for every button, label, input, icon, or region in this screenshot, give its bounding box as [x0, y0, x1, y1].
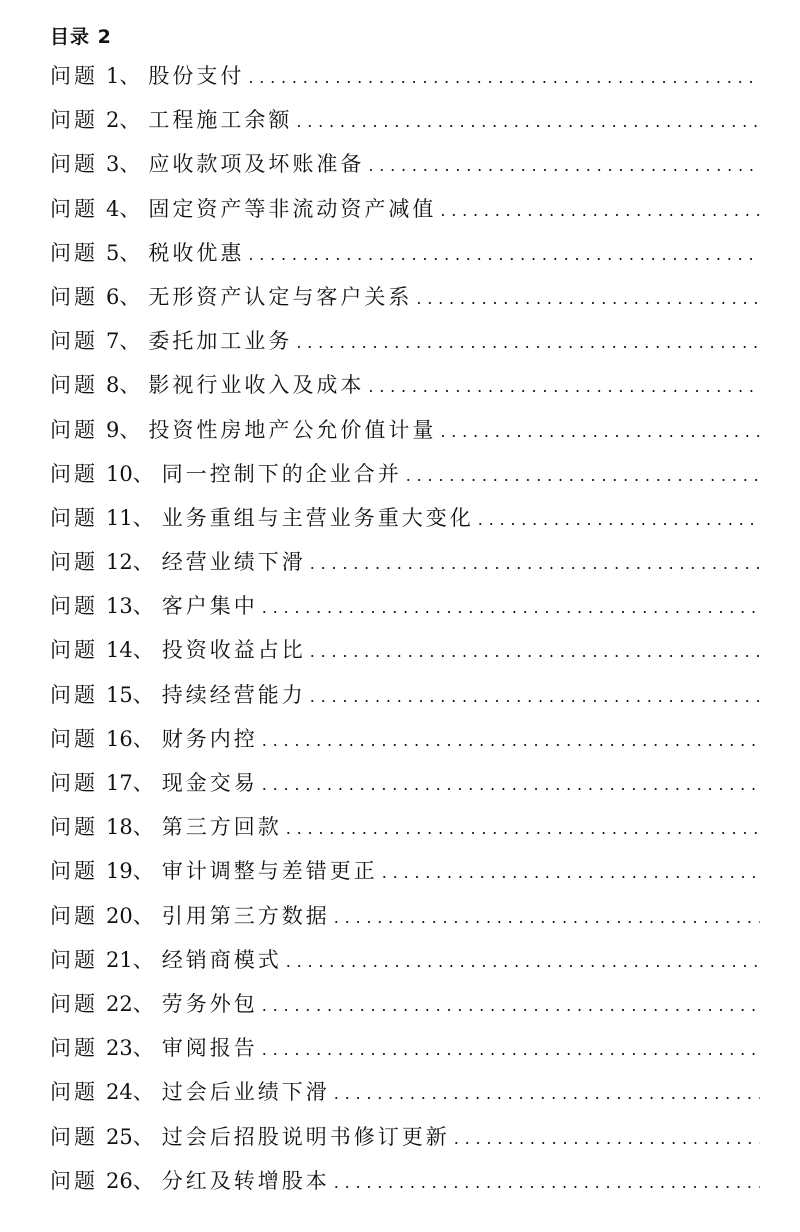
entry-number: 7	[106, 329, 119, 353]
dot-leader	[454, 1129, 760, 1148]
toc-entry[interactable]: 问题16、财务内控	[50, 723, 760, 767]
toc-entry[interactable]: 问题22、劳务外包	[50, 988, 760, 1032]
entry-title: 无形资产认定与客户关系	[148, 285, 412, 309]
entry-title: 第三方回款	[162, 815, 282, 839]
toc-entry[interactable]: 问题18、第三方回款	[50, 811, 760, 855]
dot-leader	[296, 333, 760, 352]
entry-number: 19	[106, 859, 133, 883]
toc-entry[interactable]: 问题5、税收优惠	[50, 237, 760, 281]
dot-leader	[310, 687, 760, 706]
entry-title: 分红及转增股本	[162, 1169, 330, 1193]
dot-leader	[262, 731, 760, 750]
entry-separator: 、	[119, 152, 140, 176]
toc-entry[interactable]: 问题20、引用第三方数据	[50, 900, 760, 944]
entry-prefix: 问题	[50, 418, 98, 442]
entry-prefix: 问题	[50, 771, 98, 795]
entry-prefix: 问题	[50, 462, 98, 486]
dot-leader	[262, 598, 760, 617]
entry-separator: 、	[119, 418, 140, 442]
entry-title: 引用第三方数据	[162, 904, 330, 928]
entry-number: 9	[106, 418, 119, 442]
entry-title: 经营业绩下滑	[162, 550, 306, 574]
toc-entry[interactable]: 问题13、客户集中	[50, 590, 760, 634]
entry-prefix: 问题	[50, 1080, 98, 1104]
entry-title: 影视行业收入及成本	[148, 373, 364, 397]
dot-leader	[368, 377, 760, 396]
entry-prefix: 问题	[50, 197, 98, 221]
entry-separator: 、	[133, 683, 154, 707]
entry-number: 6	[106, 285, 119, 309]
toc-entry[interactable]: 问题8、影视行业收入及成本	[50, 369, 760, 413]
entry-prefix: 问题	[50, 859, 98, 883]
entry-prefix: 问题	[50, 727, 98, 751]
entry-title: 业务重组与主营业务重大变化	[162, 506, 474, 530]
entry-prefix: 问题	[50, 329, 98, 353]
dot-leader	[334, 908, 760, 927]
entry-separator: 、	[133, 506, 154, 530]
entry-title: 过会后招股说明书修订更新	[162, 1125, 450, 1149]
entry-number: 15	[106, 683, 133, 707]
entry-separator: 、	[133, 815, 154, 839]
entry-prefix: 问题	[50, 1125, 98, 1149]
entry-title: 过会后业绩下滑	[162, 1080, 330, 1104]
toc-entry[interactable]: 问题23、审阅报告	[50, 1032, 760, 1076]
toc-entry[interactable]: 问题3、应收款项及坏账准备	[50, 148, 760, 192]
dot-leader	[262, 996, 760, 1015]
entry-number: 22	[106, 992, 133, 1016]
entry-title: 财务内控	[162, 727, 258, 751]
table-of-contents: 问题1、股份支付 问题2、工程施工余额 问题3、应收款项及坏账准备 问题4、固定…	[50, 60, 760, 1209]
entry-number: 16	[106, 727, 133, 751]
entry-title: 股份支付	[148, 64, 244, 88]
dot-leader	[406, 466, 760, 485]
entry-prefix: 问题	[50, 373, 98, 397]
toc-entry[interactable]: 问题11、业务重组与主营业务重大变化	[50, 502, 760, 546]
entry-title: 劳务外包	[162, 992, 258, 1016]
entry-number: 3	[106, 152, 119, 176]
entry-prefix: 问题	[50, 152, 98, 176]
entry-prefix: 问题	[50, 108, 98, 132]
toc-entry[interactable]: 问题21、经销商模式	[50, 944, 760, 988]
dot-leader	[334, 1173, 760, 1192]
entry-title: 投资性房地产公允价值计量	[148, 418, 436, 442]
entry-separator: 、	[133, 550, 154, 574]
entry-separator: 、	[133, 859, 154, 883]
entry-separator: 、	[133, 948, 154, 972]
entry-title: 经销商模式	[162, 948, 282, 972]
toc-entry[interactable]: 问题9、投资性房地产公允价值计量	[50, 414, 760, 458]
entry-number: 5	[106, 241, 119, 265]
toc-entry[interactable]: 问题14、投资收益占比	[50, 634, 760, 678]
entry-number: 13	[106, 594, 133, 618]
entry-number: 4	[106, 197, 119, 221]
toc-entry[interactable]: 问题1、股份支付	[50, 60, 760, 104]
entry-separator: 、	[119, 241, 140, 265]
entry-title: 工程施工余额	[148, 108, 292, 132]
entry-separator: 、	[133, 904, 154, 928]
entry-prefix: 问题	[50, 1036, 98, 1060]
dot-leader	[478, 510, 760, 529]
entry-separator: 、	[133, 1080, 154, 1104]
dot-leader	[310, 642, 760, 661]
toc-entry[interactable]: 问题24、过会后业绩下滑	[50, 1076, 760, 1120]
entry-title: 税收优惠	[148, 241, 244, 265]
dot-leader	[262, 775, 760, 794]
entry-number: 20	[106, 904, 133, 928]
entry-number: 2	[106, 108, 119, 132]
entry-separator: 、	[133, 727, 154, 751]
entry-separator: 、	[133, 1125, 154, 1149]
entry-separator: 、	[119, 64, 140, 88]
toc-entry[interactable]: 问题17、现金交易	[50, 767, 760, 811]
toc-entry[interactable]: 问题15、持续经营能力	[50, 679, 760, 723]
toc-entry[interactable]: 问题25、过会后招股说明书修订更新	[50, 1121, 760, 1165]
entry-prefix: 问题	[50, 241, 98, 265]
entry-number: 26	[106, 1169, 133, 1193]
entry-prefix: 问题	[50, 683, 98, 707]
entry-separator: 、	[119, 197, 140, 221]
entry-number: 23	[106, 1036, 133, 1060]
toc-entry[interactable]: 问题26、分红及转增股本	[50, 1165, 760, 1209]
entry-separator: 、	[133, 638, 154, 662]
dot-leader	[248, 245, 760, 264]
entry-number: 12	[106, 550, 133, 574]
entry-separator: 、	[119, 108, 140, 132]
entry-prefix: 问题	[50, 285, 98, 309]
entry-number: 25	[106, 1125, 133, 1149]
entry-separator: 、	[133, 594, 154, 618]
entry-prefix: 问题	[50, 64, 98, 88]
entry-title: 现金交易	[162, 771, 258, 795]
entry-prefix: 问题	[50, 1169, 98, 1193]
toc-entry[interactable]: 问题4、固定资产等非流动资产减值	[50, 193, 760, 237]
entry-title: 应收款项及坏账准备	[148, 152, 364, 176]
dot-leader	[262, 1040, 760, 1059]
entry-prefix: 问题	[50, 638, 98, 662]
entry-prefix: 问题	[50, 904, 98, 928]
entry-title: 审阅报告	[162, 1036, 258, 1060]
entry-separator: 、	[133, 462, 154, 486]
entry-number: 8	[106, 373, 119, 397]
dot-leader	[440, 201, 760, 220]
entry-number: 18	[106, 815, 133, 839]
entry-separator: 、	[133, 771, 154, 795]
entry-title: 同一控制下的企业合并	[162, 462, 402, 486]
entry-number: 11	[106, 506, 133, 530]
entry-prefix: 问题	[50, 550, 98, 574]
entry-separator: 、	[119, 373, 140, 397]
entry-separator: 、	[133, 992, 154, 1016]
entry-number: 1	[106, 64, 119, 88]
entry-title: 固定资产等非流动资产减值	[148, 197, 436, 221]
entry-prefix: 问题	[50, 594, 98, 618]
entry-prefix: 问题	[50, 992, 98, 1016]
entry-number: 24	[106, 1080, 133, 1104]
entry-prefix: 问题	[50, 948, 98, 972]
entry-separator: 、	[119, 329, 140, 353]
toc-heading: 目录 2	[50, 22, 112, 49]
toc-entry[interactable]: 问题2、工程施工余额	[50, 104, 760, 148]
entry-title: 投资收益占比	[162, 638, 306, 662]
entry-title: 审计调整与差错更正	[162, 859, 378, 883]
entry-number: 17	[106, 771, 133, 795]
entry-title: 委托加工业务	[148, 329, 292, 353]
entry-separator: 、	[133, 1169, 154, 1193]
dot-leader	[334, 1084, 760, 1103]
dot-leader	[368, 156, 760, 175]
entry-title: 持续经营能力	[162, 683, 306, 707]
dot-leader	[286, 952, 760, 971]
dot-leader	[286, 819, 760, 838]
toc-entry[interactable]: 问题7、委托加工业务	[50, 325, 760, 369]
toc-entry[interactable]: 问题10、同一控制下的企业合并	[50, 458, 760, 502]
entry-number: 10	[106, 462, 133, 486]
entry-prefix: 问题	[50, 815, 98, 839]
entry-separator: 、	[133, 1036, 154, 1060]
dot-leader	[310, 554, 760, 573]
toc-entry[interactable]: 问题19、审计调整与差错更正	[50, 855, 760, 899]
dot-leader	[440, 422, 760, 441]
entry-separator: 、	[119, 285, 140, 309]
toc-entry[interactable]: 问题12、经营业绩下滑	[50, 546, 760, 590]
entry-prefix: 问题	[50, 506, 98, 530]
entry-number: 21	[106, 948, 133, 972]
entry-number: 14	[106, 638, 133, 662]
dot-leader	[416, 289, 760, 308]
dot-leader	[248, 68, 760, 87]
toc-entry[interactable]: 问题6、无形资产认定与客户关系	[50, 281, 760, 325]
dot-leader	[296, 112, 760, 131]
entry-title: 客户集中	[162, 594, 258, 618]
dot-leader	[382, 863, 760, 882]
